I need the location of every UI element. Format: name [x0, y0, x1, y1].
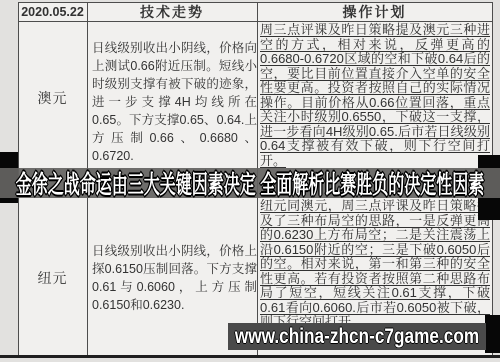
date-header: 2020.05.22: [18, 3, 87, 21]
site-watermark-url: www.china-zhcn-c7game.com: [235, 325, 479, 349]
site-watermark-bar: www.china-zhcn-c7game.com: [228, 323, 486, 350]
aud-technical-trend-text: 日线级别收出小阴线，价格向上测试0.66附近压制。短线小时级别支撑有被下破的迹象…: [92, 39, 257, 165]
column-header-operation-plan: 操作计划: [257, 3, 492, 21]
nzd-operation-plan-text: 纽元同澳元，周三点评课及昨日策略提及了三种布局空的思路，一是反弹更高的0.623…: [260, 199, 490, 330]
sitebar-corner-black-block: [485, 315, 500, 353]
headline-banner: 金徐之战命运由三大关键因素决定 全面解析比赛胜负的决定性因素: [0, 168, 500, 198]
aud-operation-plan-text: 周三点评课及昨日策略提及澳元三种进空的方式，相对来说，反弹更高的0.6680-0…: [260, 23, 490, 168]
nzd-technical-trend-text: 日线级别收出小阴线，价格上探0.6150压制回落。下方支撑0.61与0.6060…: [92, 242, 257, 314]
row-label-aud: 澳元: [18, 88, 87, 108]
table-bottom-border: [0, 355, 500, 358]
scanned-analysis-page: F X 2020.05.22 技术走势 操作计划 澳元 日线级别收出小阴线，价格…: [0, 0, 500, 362]
row-label-nzd: 纽元: [18, 268, 87, 288]
headline-text: 金徐之战命运由三大关键因素决定 全面解析比赛胜负的决定性因素: [16, 165, 484, 201]
column-header-technical-trend: 技术走势: [87, 3, 257, 21]
